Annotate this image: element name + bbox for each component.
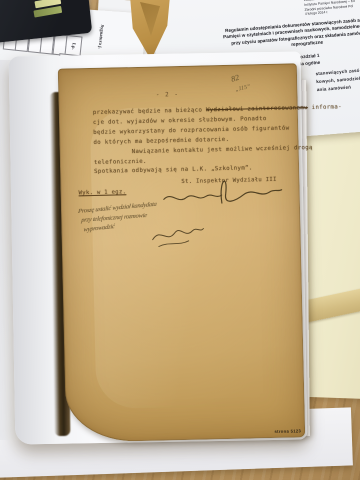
pencil-corner-mark: 82 <box>230 73 240 84</box>
page-number: - 2 - <box>137 91 197 99</box>
attachment-note: Załącznik nr 2 do zarządzenia nr Instytu… <box>304 0 360 17</box>
typed-line-post: informa- <box>308 104 342 111</box>
folder-flap-notch <box>140 2 160 36</box>
handwritten-signature-small <box>146 218 207 253</box>
form-column-lp-label: Lp. <box>71 43 77 50</box>
aged-document-page: - 2 - 82 „115” przekazywać będzie na bie… <box>58 63 305 442</box>
pencil-corner-mark: „115” <box>235 84 251 93</box>
digitization-page-stamp: strona 5123 <box>274 428 301 434</box>
copies-note: Wyk. w 1 egz. <box>79 189 127 196</box>
handwritten-signature-large <box>161 169 284 214</box>
typed-line-pre: przekazywać będzie na bieżąco <box>93 107 206 116</box>
typed-line-struck: Wydziałowi zainteresowanemu <box>206 105 308 113</box>
typewritten-text-block: przekazywać będzie na bieżąco Wydziałowi… <box>93 104 295 178</box>
archive-photo-scene: Załącznik nr 2 do zarządzenia nr Instytu… <box>0 0 360 480</box>
